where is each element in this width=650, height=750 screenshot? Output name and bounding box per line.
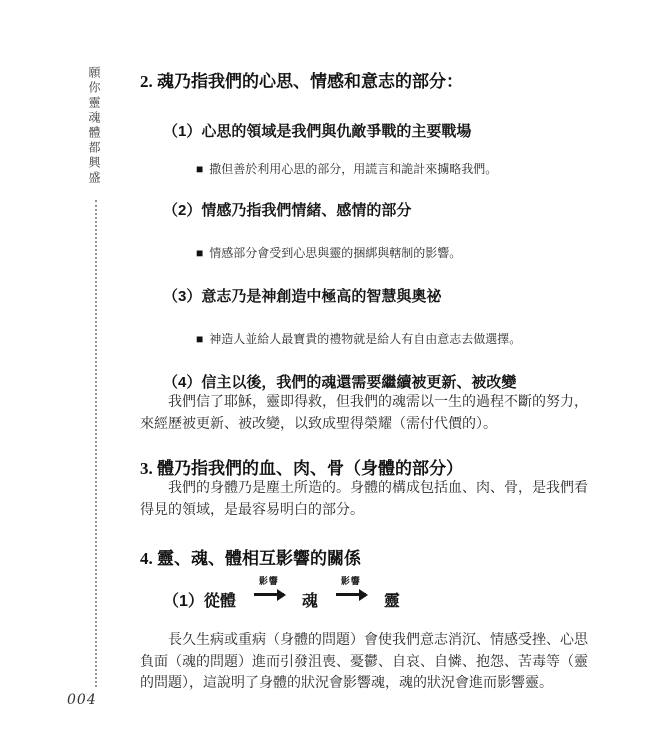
paragraph-line: 負面（魂的問題）進而引發沮喪、憂鬱、自哀、自憐、抱怨、苦毒等（靈 — [140, 652, 610, 674]
diagram-node-spirit: 靈 — [384, 576, 400, 611]
bullet-will: ■神造人並給人最寶貴的禮物就是給人有自由意志去做選擇。 — [196, 330, 521, 347]
arrow-label-influence: 影響 — [341, 576, 361, 586]
paragraph-renewal: 我們信了耶穌，靈即得救，但我們的魂需以一生的過程不斷的努力， 來經歷被更新、被改… — [140, 392, 610, 435]
page-number: 004 — [67, 692, 97, 708]
diagram-node-soul: 魂 — [302, 576, 318, 611]
square-bullet-icon: ■ — [196, 246, 203, 260]
paragraph-line: 來經歷被更新、被改變，以致成聖得榮耀（需付代價的）。 — [140, 414, 610, 436]
subheading-emotion: （2）情感乃指我們情緒、感情的部分 — [163, 199, 411, 220]
bullet-emotion: ■情感部分會受到心思與靈的捆綁與轄制的影響。 — [196, 244, 461, 261]
subheading-renewal: （4）信主以後，我們的魂還需要繼續被更新、被改變 — [163, 371, 516, 392]
bullet-will-text: 神造人並給人最寶貴的禮物就是給人有自由意志去做選擇。 — [209, 332, 521, 346]
paragraph-relation: 長久生病或重病（身體的問題）會使我們意志消沉、情感受挫、心思 負面（魂的問題）進… — [140, 630, 610, 695]
influence-arrow-2: 影響 — [332, 576, 370, 596]
sidebar-dotted-rule — [95, 200, 97, 687]
sidebar-vertical-title: 願你靈魂體都興盛 — [86, 66, 103, 186]
right-arrow-icon — [336, 593, 366, 596]
paragraph-line: 我們信了耶穌，靈即得救，但我們的魂需以一生的過程不斷的努力， — [140, 392, 610, 414]
body-soul-spirit-diagram: （1）從體 影響 魂 影響 靈 — [163, 576, 400, 611]
paragraph-line: 得見的領域，是最容易明白的部分。 — [140, 500, 610, 522]
section-heading-soul: 2. 魂乃指我們的心思、情感和意志的部分： — [140, 67, 463, 92]
paragraph-line: 的問題），這說明了身體的狀況會影響魂，魂的狀況會進而影響靈。 — [140, 673, 610, 695]
paragraph-line: 我們的身體乃是塵土所造的。身體的構成包括血、肉、骨，是我們看 — [140, 478, 610, 500]
bullet-emotion-text: 情感部分會受到心思與靈的捆綁與轄制的影響。 — [209, 246, 461, 260]
book-page: 願你靈魂體都興盛 004 2. 魂乃指我們的心思、情感和意志的部分： （1）心思… — [0, 0, 650, 750]
bullet-mind: ■撒但善於利用心思的部分，用謊言和詭計來擄略我們。 — [196, 160, 497, 177]
square-bullet-icon: ■ — [196, 162, 203, 176]
section-heading-relation: 4. 靈、魂、體相互影響的關係 — [140, 544, 361, 569]
paragraph-body: 我們的身體乃是塵土所造的。身體的構成包括血、肉、骨，是我們看 得見的領域，是最容… — [140, 478, 610, 521]
bullet-mind-text: 撒但善於利用心思的部分，用謊言和詭計來擄略我們。 — [209, 162, 497, 176]
paragraph-line: 長久生病或重病（身體的問題）會使我們意志消沉、情感受挫、心思 — [140, 630, 610, 652]
section-heading-body: 3. 體乃指我們的血、肉、骨（身體的部分） — [140, 454, 463, 479]
subheading-will: （3）意志乃是神創造中極高的智慧與奧祕 — [163, 285, 441, 306]
square-bullet-icon: ■ — [196, 332, 203, 346]
subheading-mind: （1）心思的領域是我們與仇敵爭戰的主要戰場 — [163, 120, 471, 141]
influence-arrow-1: 影響 — [250, 576, 288, 596]
diagram-prefix-from-body: （1）從體 — [163, 576, 236, 611]
right-arrow-icon — [254, 593, 284, 596]
arrow-label-influence: 影響 — [259, 576, 279, 586]
